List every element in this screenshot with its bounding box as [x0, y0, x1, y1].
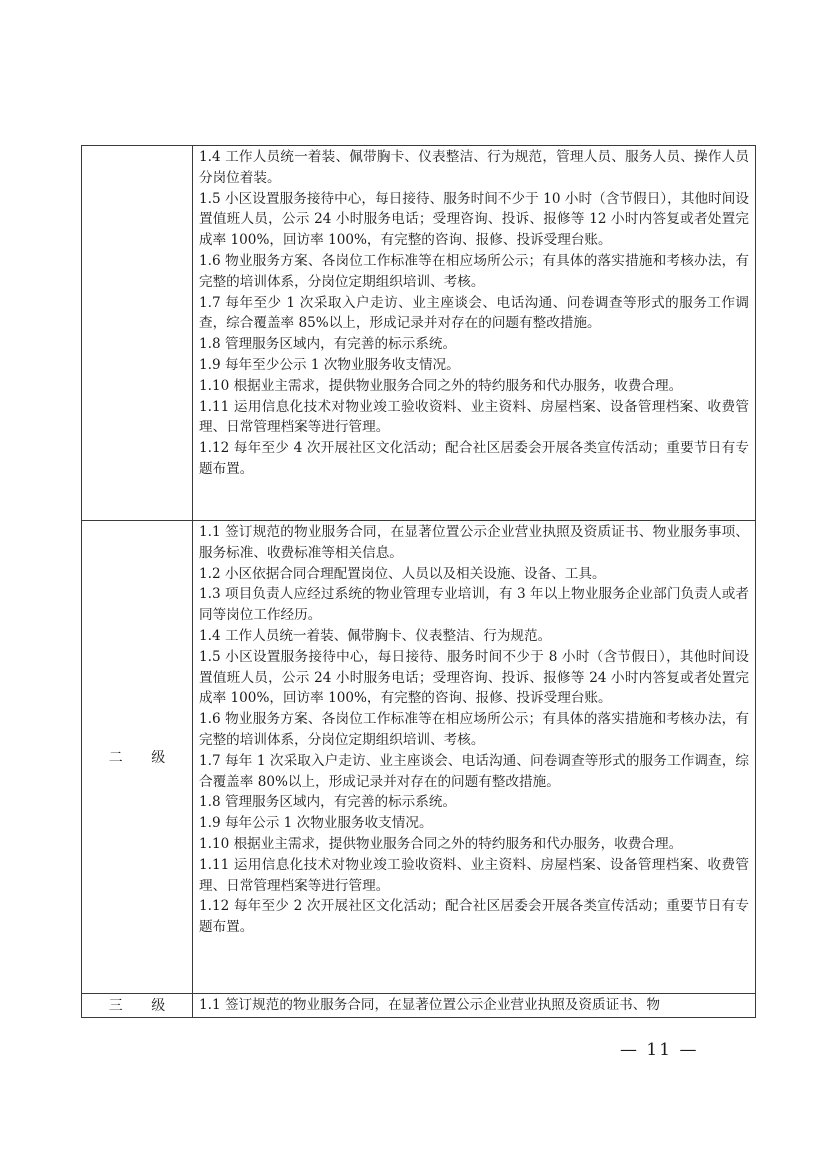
requirement-item: 1.7 每年至少 1 次采取入户走访、业主座谈会、电话沟通、问卷调查等形式的服务… — [199, 293, 749, 335]
service-standards-table: 1.4 工作人员统一着装、佩带胸卡、仪表整洁、行为规范，管理人员、服务人员、操作… — [81, 145, 756, 1018]
requirements-cell: 1.1 签订规范的物业服务合同，在显著位置公示企业营业执照及资质证书、物 — [193, 994, 756, 1018]
requirement-item: 1.4 工作人员统一着装、佩带胸卡、仪表整洁、行为规范，管理人员、服务人员、操作… — [199, 147, 749, 189]
requirement-item: 1.9 每年至少公示 1 次物业服务收支情况。 — [199, 355, 749, 376]
table-row-level-1-continued: 1.4 工作人员统一着装、佩带胸卡、仪表整洁、行为规范，管理人员、服务人员、操作… — [82, 146, 756, 521]
requirements-cell: 1.1 签订规范的物业服务合同，在显著位置公示企业营业执照及资质证书、物业服务事… — [193, 521, 756, 994]
table-row-level-2: 二 级 1.1 签订规范的物业服务合同，在显著位置公示企业营业执照及资质证书、物… — [82, 521, 756, 994]
requirement-item: 1.1 签订规范的物业服务合同，在显著位置公示企业营业执照及资质证书、物业服务事… — [199, 522, 749, 564]
page-number: — 11 — — [620, 1040, 698, 1060]
requirement-item: 1.12 每年至少 4 次开展社区文化活动；配合社区居委会开展各类宣传活动；重要… — [199, 438, 749, 480]
requirement-item: 1.6 物业服务方案、各岗位工作标准等在相应场所公示；有具体的落实措施和考核办法… — [199, 709, 749, 751]
requirement-item: 1.10 根据业主需求，提供物业服务合同之外的特约服务和代办服务，收费合理。 — [199, 376, 749, 397]
requirement-item: 1.9 每年公示 1 次物业服务收支情况。 — [199, 813, 749, 834]
document-page: 1.4 工作人员统一着装、佩带胸卡、仪表整洁、行为规范，管理人员、服务人员、操作… — [0, 0, 827, 1169]
requirement-item: 1.11 运用信息化技术对物业竣工验收资料、业主资料、房屋档案、设备管理档案、收… — [199, 397, 749, 439]
requirement-item: 1.8 管理服务区域内，有完善的标示系统。 — [199, 334, 749, 355]
level-cell: 二 级 — [82, 521, 193, 994]
requirement-item: 1.11 运用信息化技术对物业竣工验收资料、业主资料、房屋档案、设备管理档案、收… — [199, 855, 749, 897]
table-row-level-3: 三 级 1.1 签订规范的物业服务合同，在显著位置公示企业营业执照及资质证书、物 — [82, 994, 756, 1018]
requirement-item: 1.6 物业服务方案、各岗位工作标准等在相应场所公示；有具体的落实措施和考核办法… — [199, 251, 749, 293]
requirement-item: 1.3 项目负责人应经过系统的物业管理专业培训，有 3 年以上物业服务企业部门负… — [199, 584, 749, 626]
level-cell: 三 级 — [82, 994, 193, 1018]
requirement-item: 1.1 签订规范的物业服务合同，在显著位置公示企业营业执照及资质证书、物 — [199, 995, 749, 1016]
requirement-item: 1.5 小区设置服务接待中心，每日接待、服务时间不少于 8 小时（含节假日），其… — [199, 647, 749, 709]
requirement-item: 1.8 管理服务区域内，有完善的标示系统。 — [199, 792, 749, 813]
requirement-item: 1.5 小区设置服务接待中心，每日接待、服务时间不少于 10 小时（含节假日），… — [199, 189, 749, 251]
requirement-item: 1.4 工作人员统一着装、佩带胸卡、仪表整洁、行为规范。 — [199, 626, 749, 647]
requirement-item: 1.7 每年 1 次采取入户走访、业主座谈会、电话沟通、问卷调查等形式的服务工作… — [199, 751, 749, 793]
requirements-cell: 1.4 工作人员统一着装、佩带胸卡、仪表整洁、行为规范，管理人员、服务人员、操作… — [193, 146, 756, 521]
requirement-item: 1.10 根据业主需求，提供物业服务合同之外的特约服务和代办服务，收费合理。 — [199, 834, 749, 855]
requirement-item: 1.2 小区依据合同合理配置岗位、人员以及相关设施、设备、工具。 — [199, 564, 749, 585]
requirement-item: 1.12 每年至少 2 次开展社区文化活动；配合社区居委会开展各类宣传活动；重要… — [199, 896, 749, 938]
level-cell — [82, 146, 193, 521]
